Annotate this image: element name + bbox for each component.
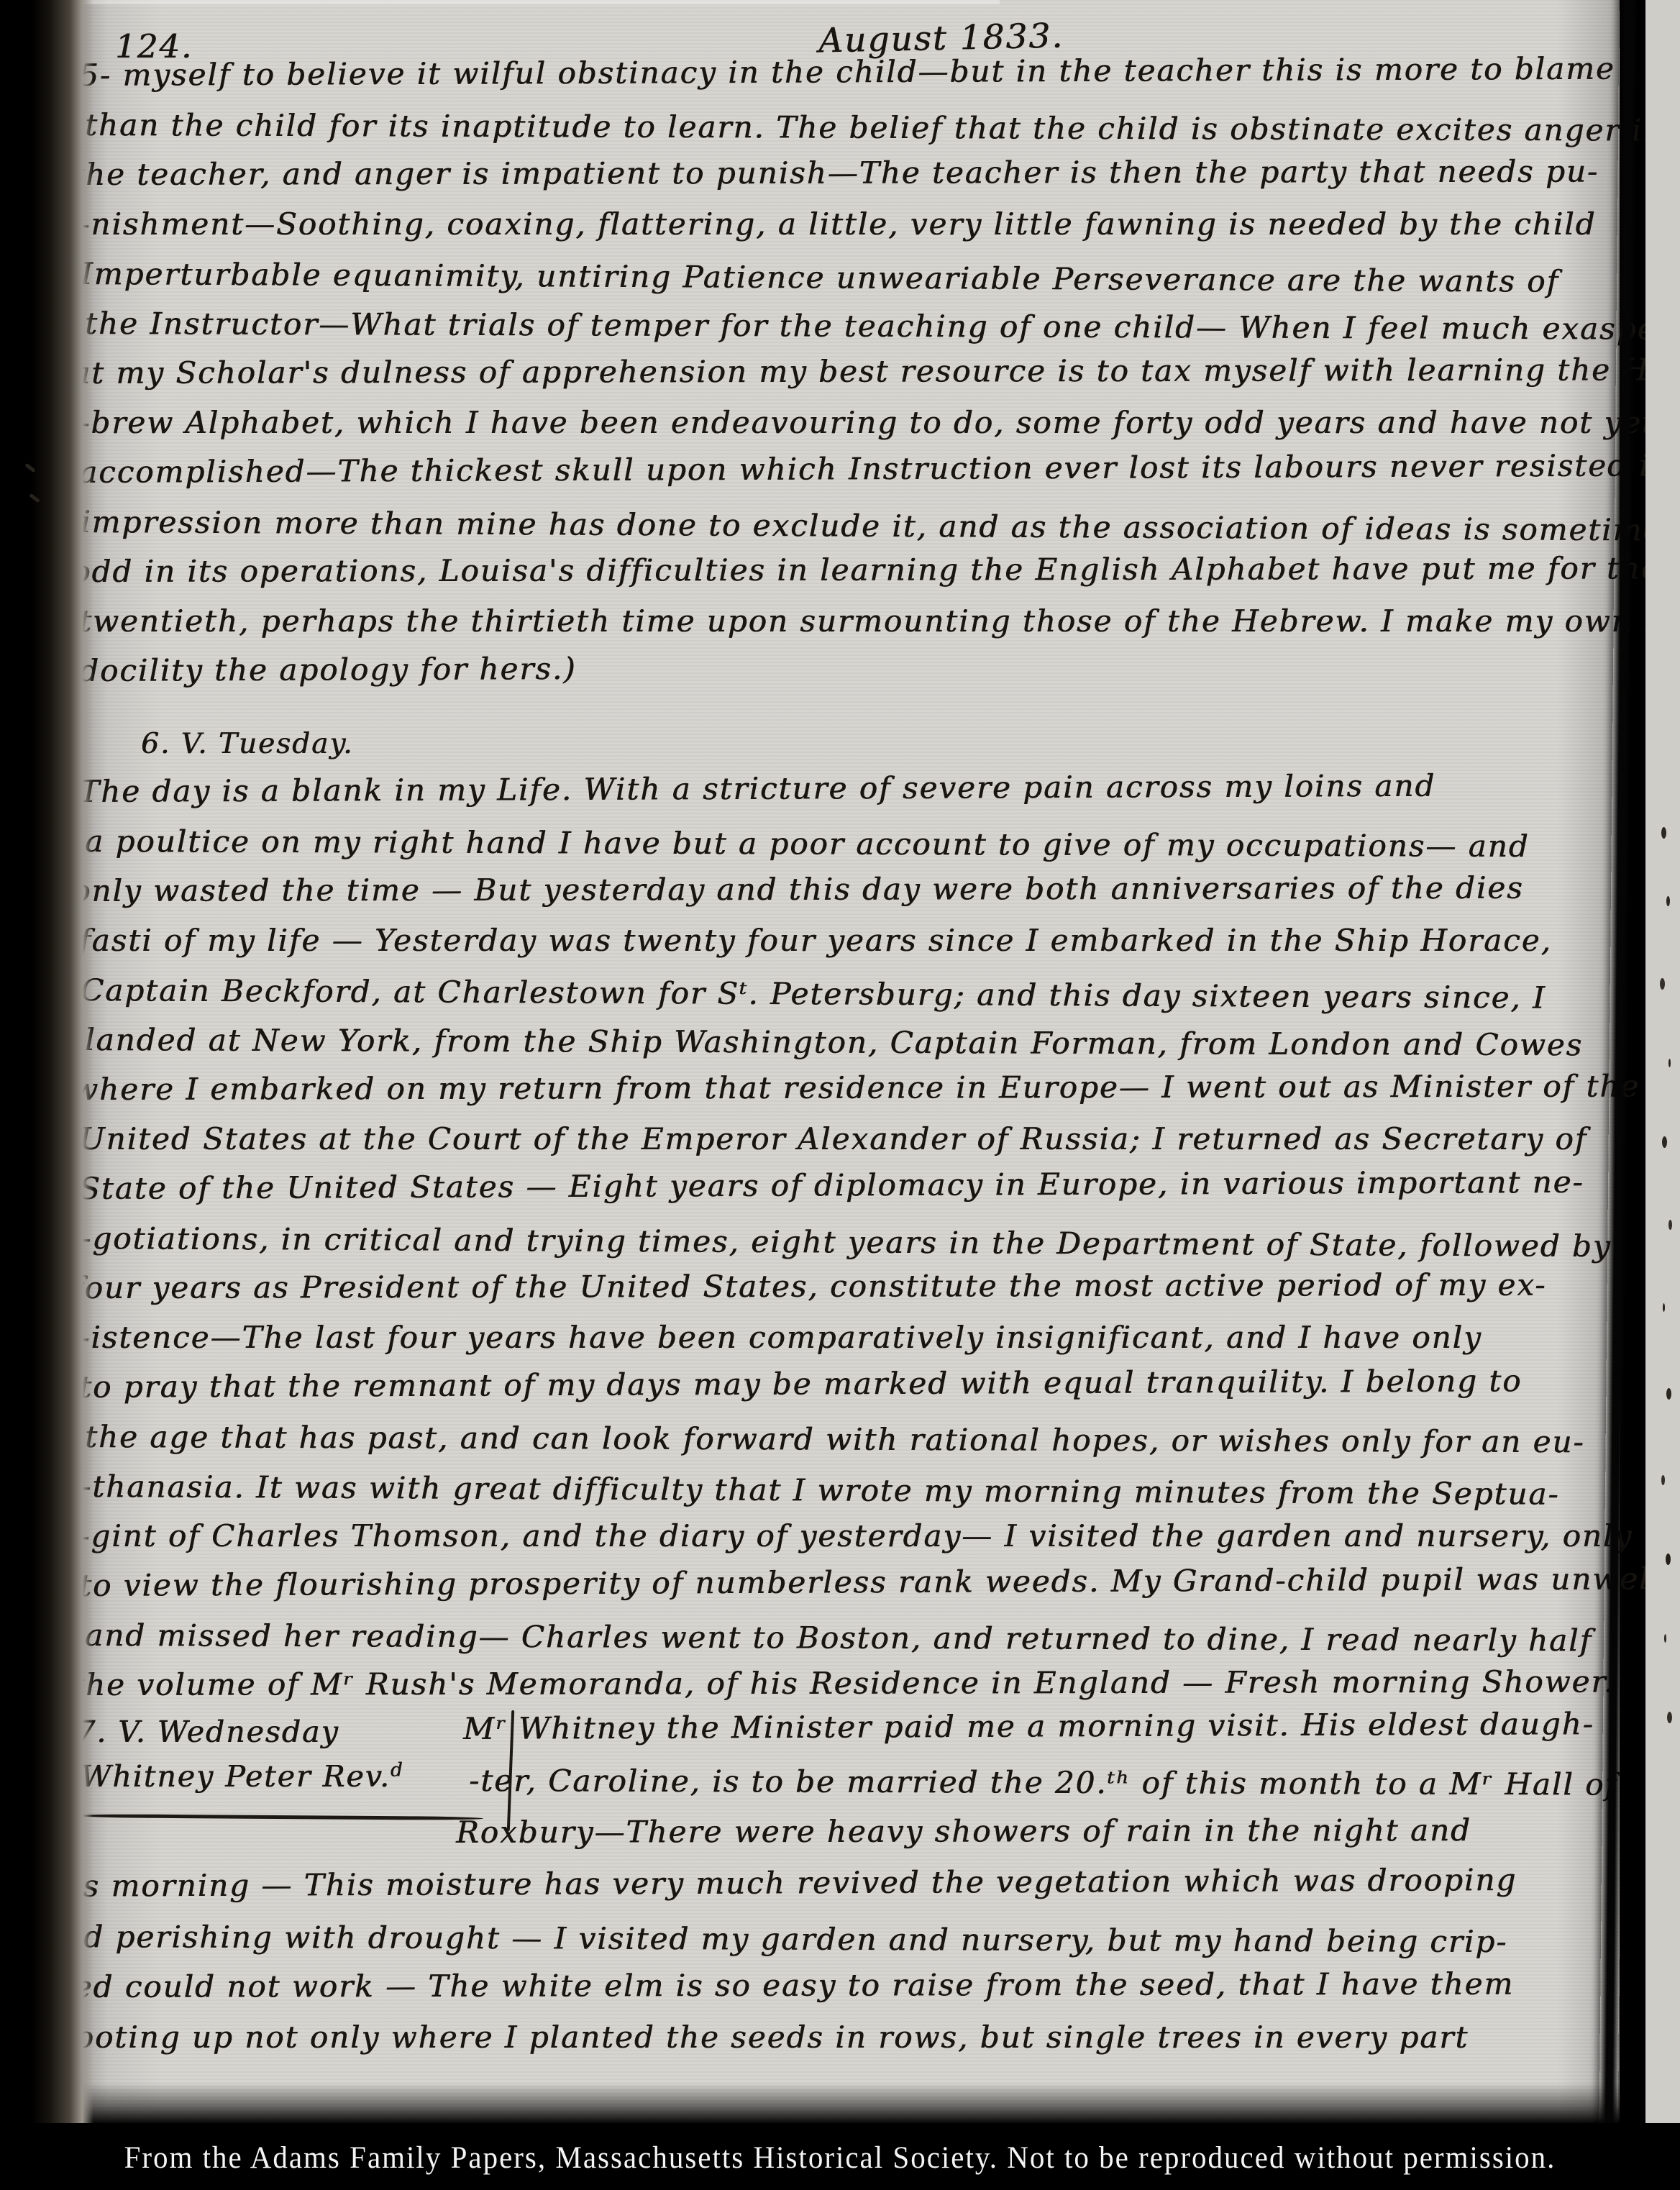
- journal-line: where I embarked on my return from that …: [72, 1062, 1612, 1114]
- manuscript-scan: 124. August 1833. 5- myself to believe i…: [0, 0, 1680, 2190]
- journal-line: -ter, Caroline, is to be married the 20.…: [469, 1755, 1625, 1811]
- entry-heading-tuesday: 6. V. Tuesday.: [141, 728, 353, 760]
- journal-line: to pray that the remnant of my days may …: [79, 1356, 1620, 1412]
- journal-line: the teacher, and anger is impatient to p…: [72, 147, 1612, 199]
- journal-line: -brew Alphabet, which I have been endeav…: [79, 398, 1620, 447]
- journal-line: fasti of my life — Yesterday was twenty …: [79, 916, 1620, 965]
- entry-august-5-continuation: 5- myself to believe it wilful obstinacy…: [69, 50, 1620, 695]
- journal-line: at my Scholar's dulness of apprehension …: [72, 345, 1612, 398]
- journal-line: to view the flourishing prosperity of nu…: [79, 1554, 1620, 1610]
- journal-line: -istence—The last four years have been c…: [79, 1313, 1620, 1362]
- journal-line: Captain Beckford, at Charlestown for Sᵗ.…: [81, 965, 1621, 1023]
- journal-line: twentieth, perhaps the thirtieth time up…: [79, 596, 1620, 646]
- journal-line: Roxbury—There were heavy showers of rain…: [456, 1805, 1612, 1858]
- journal-line: shooting up not only where I planted the…: [37, 2012, 1620, 2063]
- margin-note-text: Whitney Peter Rev.: [81, 1759, 391, 1794]
- archive-caption: From the Adams Family Papers, Massachuse…: [124, 2138, 1556, 2175]
- entry-heading-wednesday: 7. V. Wednesday: [76, 1715, 339, 1749]
- journal-line: the age that has past, and can look forw…: [85, 1412, 1625, 1466]
- journal-line: docility the apology for hers.): [79, 639, 1620, 695]
- journal-line: this morning — This moisture has very mu…: [37, 1854, 1620, 1912]
- entry-august-7-wednesday-fullwidth: this morning — This moisture has very mu…: [37, 1861, 1620, 2063]
- journal-line: accomplished—The thickest skull upon whi…: [79, 441, 1620, 497]
- journal-line: only wasted the time — But yesterday and…: [72, 863, 1612, 916]
- journal-line: United States at the Court of the Empero…: [79, 1114, 1620, 1164]
- journal-line: -thanasia. It was with great difficulty …: [81, 1461, 1621, 1519]
- margin-note: Whitney Peter Rev.d: [81, 1759, 404, 1794]
- journal-line: Mʳ Whitney the Minister paid me a mornin…: [463, 1698, 1620, 1755]
- journal-line: -nishment—Soothing, coaxing, flattering,…: [79, 199, 1620, 249]
- adjacent-page-sliver: [1645, 0, 1680, 2123]
- adjacent-page-ink-marks: [1661, 827, 1666, 839]
- margin-note-superscript: d: [391, 1759, 404, 1781]
- entry-august-7-wednesday-indented: Mʳ Whitney the Minister paid me a mornin…: [463, 1703, 1620, 1858]
- entry-august-6-tuesday: The day is a blank in my Life. With a st…: [69, 767, 1620, 1710]
- journal-line: Imperturbable equanimity, untiring Patie…: [81, 249, 1621, 306]
- journal-line: odd in its operations, Louisa's difficul…: [72, 544, 1612, 596]
- journal-line: -gint of Charles Thomson, and the diary …: [79, 1511, 1620, 1561]
- journal-line: -pled could not work — The white elm is …: [30, 1958, 1612, 2012]
- book-gutter-shadow: [32, 0, 93, 2123]
- journal-line: The day is a blank in my Life. With a st…: [79, 760, 1620, 816]
- margin-underline-rule: [75, 1814, 483, 1820]
- journal-line: four years as President of the United St…: [72, 1260, 1612, 1313]
- journal-line: 5- myself to believe it wilful obstinacy…: [79, 44, 1620, 100]
- journal-line: State of the United States — Eight years…: [79, 1157, 1620, 1213]
- archive-caption-band: From the Adams Family Papers, Massachuse…: [0, 2123, 1680, 2190]
- diary-page: 124. August 1833. 5- myself to believe i…: [69, 0, 1620, 2123]
